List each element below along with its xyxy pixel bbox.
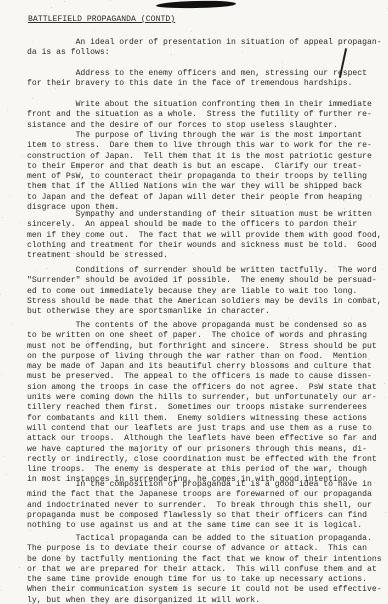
paper-speckle — [65, 480, 66, 481]
paper-speckle — [73, 253, 74, 254]
paper-speckle — [351, 318, 352, 319]
text-line: on the purpose of living through the war… — [27, 352, 367, 362]
text-line: mind the fact that the Japanese troops a… — [27, 490, 367, 500]
paper-speckle — [159, 411, 160, 412]
text-line: propaganda must be composed flawlessly s… — [27, 511, 367, 521]
text-line: When their communication system is secur… — [27, 585, 367, 595]
paper-speckle — [349, 63, 350, 64]
paper-speckle — [182, 75, 183, 76]
paper-speckle — [34, 184, 35, 185]
paper-speckle — [286, 161, 287, 162]
paragraph-7: The contents of the above propaganda mus… — [27, 321, 367, 486]
text-line: construction of Japan. Tell them that it… — [27, 152, 367, 162]
paragraph-6: Conditions of surrender should be writte… — [27, 266, 367, 317]
paper-speckle — [54, 228, 55, 229]
paper-speckle — [233, 242, 234, 243]
text-line: front and the situation as a whole. Stre… — [27, 110, 367, 120]
paper-speckle — [160, 188, 161, 189]
paper-speckle — [344, 572, 345, 573]
paper-speckle — [180, 151, 181, 152]
paper-speckle — [220, 130, 221, 131]
paper-speckle — [20, 222, 21, 223]
text-line: for combatants and kill them. Enemy sold… — [27, 414, 367, 424]
paper-speckle — [212, 199, 213, 200]
text-line: nothing to use against us and at the sam… — [27, 521, 367, 531]
paper-speckle — [337, 395, 338, 396]
paper-speckle — [64, 1, 65, 2]
paper-speckle — [293, 40, 294, 41]
paragraph-4: The purpose of living through the war is… — [27, 131, 367, 213]
text-line: sistance and the desire of our forces to… — [27, 121, 367, 131]
paper-speckle — [160, 231, 161, 232]
paper-speckle — [46, 268, 47, 269]
text-line: item to stress. Dare them to live throug… — [27, 141, 367, 151]
text-line: Conditions of surrender should be writte… — [27, 266, 367, 276]
paper-speckle — [161, 300, 162, 301]
paper-speckle — [174, 265, 175, 266]
paper-speckle — [191, 31, 192, 32]
text-line: The purpose is to deviate their course o… — [27, 544, 367, 554]
document-heading: BATTLEFIELD PROPAGANDA (CONTD) — [28, 15, 175, 25]
paragraph-2: Address to the enemy officers and men, s… — [27, 69, 367, 90]
paper-speckle — [89, 178, 90, 179]
paper-speckle — [322, 101, 323, 102]
paper-speckle — [227, 79, 228, 80]
paper-speckle — [281, 193, 282, 194]
paper-speckle — [153, 507, 154, 508]
paper-speckle — [215, 393, 216, 394]
paper-speckle — [31, 12, 32, 13]
paper-speckle — [374, 482, 375, 483]
paper-speckle — [119, 146, 120, 147]
paper-speckle — [384, 383, 385, 384]
paper-speckle — [178, 312, 179, 313]
paper-speckle — [2, 217, 3, 218]
paper-speckle — [55, 88, 56, 89]
paper-speckle — [159, 171, 160, 172]
text-line: must be preserved. The appeal to the off… — [27, 372, 367, 382]
paper-speckle — [280, 355, 281, 356]
paper-speckle — [193, 547, 194, 548]
paper-speckle — [238, 326, 239, 327]
redaction-mark — [156, 0, 236, 8]
paper-speckle — [344, 208, 345, 209]
text-line: clothing and treatment for their wounds … — [27, 241, 367, 251]
paper-speckle — [43, 198, 44, 199]
paper-speckle — [88, 182, 89, 183]
text-line: line troops. The enemy is desperate at t… — [27, 465, 367, 475]
paper-speckle — [242, 52, 243, 53]
paper-speckle — [347, 159, 348, 160]
text-line: and indoctrinated never to surrender. To… — [27, 501, 367, 511]
text-line: treatment should be stressed. — [27, 251, 367, 261]
paper-speckle — [217, 294, 218, 295]
paper-speckle — [299, 212, 300, 213]
paper-speckle — [94, 30, 95, 31]
text-line: In the composition of propaganda it is a… — [27, 480, 367, 490]
paper-speckle — [172, 532, 173, 533]
paper-speckle — [190, 138, 191, 139]
paper-speckle — [368, 359, 369, 360]
paper-speckle — [292, 558, 293, 559]
text-line: units were coming down the hills to surr… — [27, 393, 367, 403]
paper-speckle — [305, 552, 306, 553]
text-line: An ideal order of presentation in situat… — [27, 38, 367, 48]
paper-speckle — [128, 16, 129, 17]
paper-speckle — [6, 474, 7, 475]
paper-speckle — [32, 41, 33, 42]
paper-speckle — [189, 38, 190, 39]
paragraph-3: Write about the situation confronting th… — [27, 100, 367, 131]
paper-speckle — [373, 367, 374, 368]
paper-speckle — [221, 551, 222, 552]
paper-speckle — [190, 338, 191, 339]
paper-speckle — [35, 270, 36, 271]
paper-speckle — [179, 94, 180, 95]
paper-speckle — [351, 417, 352, 418]
text-line: for their bravery to this date in the fa… — [27, 79, 367, 89]
paper-speckle — [32, 98, 33, 99]
paper-speckle — [139, 46, 140, 47]
paper-speckle — [262, 101, 263, 102]
paper-speckle — [372, 310, 373, 311]
paper-speckle — [256, 296, 257, 297]
paper-speckle — [104, 463, 105, 464]
paper-speckle — [130, 336, 131, 337]
paper-speckle — [271, 462, 272, 463]
text-line: be done by tactfully mentioning the fact… — [27, 555, 367, 565]
paper-speckle — [94, 267, 95, 268]
paper-speckle — [87, 341, 88, 342]
text-line: we have captured the majority of our pri… — [27, 445, 367, 455]
paper-speckle — [322, 509, 323, 510]
text-line: ly, but when they are disorganized it wi… — [27, 596, 367, 604]
paper-speckle — [3, 456, 4, 457]
paper-speckle — [260, 580, 261, 581]
paper-speckle — [255, 46, 256, 47]
paper-speckle — [150, 111, 151, 112]
text-line: ed to come out immediately because they … — [27, 287, 367, 297]
paper-speckle — [42, 288, 43, 289]
paper-speckle — [51, 7, 52, 8]
text-line: to be written on one sheet of paper. The… — [27, 331, 367, 341]
paper-speckle — [48, 235, 49, 236]
paper-speckle — [322, 107, 323, 108]
text-line: "Surrender" should be avoided if possibl… — [27, 276, 367, 286]
paper-speckle — [46, 153, 47, 154]
paper-speckle — [110, 0, 111, 1]
paper-speckle — [192, 267, 193, 268]
paper-speckle — [278, 386, 279, 387]
paper-speckle — [174, 54, 175, 55]
paper-speckle — [288, 318, 289, 319]
paper-speckle — [264, 427, 265, 428]
paper-speckle — [229, 208, 230, 209]
paper-speckle — [192, 253, 193, 254]
text-line: Write about the situation confronting th… — [27, 100, 367, 110]
paper-speckle — [286, 204, 287, 205]
paragraph-5: Sympathy and understanding of their situ… — [27, 210, 367, 261]
paper-speckle — [86, 235, 87, 236]
paper-speckle — [1, 374, 2, 375]
paper-speckle — [291, 472, 292, 473]
text-line: but otherwise they are sportsmanlike in … — [27, 307, 367, 317]
paper-speckle — [97, 242, 98, 243]
text-line: men if they come out. The fact that we w… — [27, 231, 367, 241]
paragraph-9: Tactical propaganda can be added to the … — [27, 534, 367, 604]
paper-speckle — [335, 266, 336, 267]
document-page: BATTLEFIELD PROPAGANDA (CONTD) An ideal … — [0, 0, 388, 604]
text-line: to their Emperor and that death is but a… — [27, 162, 367, 172]
paper-speckle — [260, 215, 261, 216]
paper-speckle — [253, 82, 254, 83]
text-line: ment of PsW, to counteract their propaga… — [27, 172, 367, 182]
paper-speckle — [382, 269, 383, 270]
paper-speckle — [289, 386, 290, 387]
paper-speckle — [352, 361, 353, 362]
paper-speckle — [33, 127, 34, 128]
paper-speckle — [53, 99, 54, 100]
paper-speckle — [46, 542, 47, 543]
paper-speckle — [9, 195, 10, 196]
paper-speckle — [177, 584, 178, 585]
paper-speckle — [49, 440, 50, 441]
text-line: or that we are prepared for their attack… — [27, 565, 367, 575]
paper-speckle — [11, 324, 12, 325]
text-line: sincerely. An appeal should be made to t… — [27, 220, 367, 230]
text-line: the same time provide enough time for us… — [27, 575, 367, 585]
paper-speckle — [192, 265, 193, 266]
text-line: tillery reached them first. Sometimes ou… — [27, 403, 367, 413]
text-line: them that if the Allied Nations win the … — [27, 182, 367, 192]
paper-speckle — [35, 298, 36, 299]
paper-speckle — [120, 371, 121, 372]
paper-speckle — [7, 110, 8, 111]
paper-speckle — [1, 590, 2, 591]
paper-speckle — [91, 448, 92, 449]
text-line: will contend that our leaflets are just … — [27, 424, 367, 434]
paper-speckle — [117, 17, 118, 18]
text-line: The purpose of living through the war is… — [27, 131, 367, 141]
paper-speckle — [96, 145, 97, 146]
paper-speckle — [256, 525, 257, 526]
text-line: Tactical propaganda can be added to the … — [27, 534, 367, 544]
paper-speckle — [61, 555, 62, 556]
paper-speckle — [0, 294, 1, 295]
paper-speckle — [107, 213, 108, 214]
paper-speckle — [134, 590, 135, 591]
paper-speckle — [302, 418, 303, 419]
paper-speckle — [161, 540, 162, 541]
paper-speckle — [95, 73, 96, 74]
text-line: rectly or indirectly, close coordination… — [27, 455, 367, 465]
paper-speckle — [35, 313, 36, 314]
paper-speckle — [170, 227, 171, 228]
paper-speckle — [170, 45, 171, 46]
paragraph-1: An ideal order of presentation in situat… — [27, 38, 367, 59]
paper-speckle — [177, 526, 178, 527]
paper-speckle — [19, 567, 20, 568]
paper-speckle — [384, 397, 385, 398]
paper-speckle — [91, 405, 92, 406]
paper-speckle — [306, 427, 307, 428]
text-line: Stress should be made that the American … — [27, 297, 367, 307]
paper-speckle — [59, 427, 60, 428]
paper-speckle — [367, 484, 368, 485]
paper-speckle — [99, 371, 100, 372]
paper-speckle — [34, 212, 35, 213]
paper-speckle — [287, 275, 288, 276]
paper-speckle — [30, 530, 31, 531]
text-line: sion among the troops in case the office… — [27, 383, 367, 393]
paragraph-8: In the composition of propaganda it is a… — [27, 480, 367, 531]
text-line: Sympathy and understanding of their situ… — [27, 210, 367, 220]
text-line: to Japan and the defeat of Japan will de… — [27, 193, 367, 203]
paper-speckle — [236, 232, 237, 233]
paper-speckle — [282, 62, 283, 63]
paper-speckle — [244, 223, 245, 224]
text-line: The contents of the above propaganda mus… — [27, 321, 367, 331]
text-line: may be made of Japan and its beautiful c… — [27, 362, 367, 372]
paper-speckle — [178, 522, 179, 523]
paper-speckle — [375, 559, 376, 560]
text-line: must not be offending, but forthright an… — [27, 342, 367, 352]
text-line: da is as follows: — [27, 48, 367, 58]
text-line: attack our troops. Although the leaflets… — [27, 434, 367, 444]
paper-speckle — [385, 512, 386, 513]
text-line: Address to the enemy officers and men, s… — [27, 69, 367, 79]
paper-speckle — [90, 446, 91, 447]
paper-speckle — [22, 155, 23, 156]
paper-speckle — [171, 54, 172, 55]
paper-speckle — [370, 196, 371, 197]
paper-speckle — [30, 559, 31, 560]
paper-speckle — [218, 426, 219, 427]
paper-speckle — [93, 436, 94, 437]
paper-speckle — [260, 169, 261, 170]
paper-speckle — [83, 237, 84, 238]
paper-speckle — [204, 190, 205, 191]
paper-speckle — [133, 139, 134, 140]
paper-speckle — [343, 284, 344, 285]
paper-speckle — [206, 318, 207, 319]
